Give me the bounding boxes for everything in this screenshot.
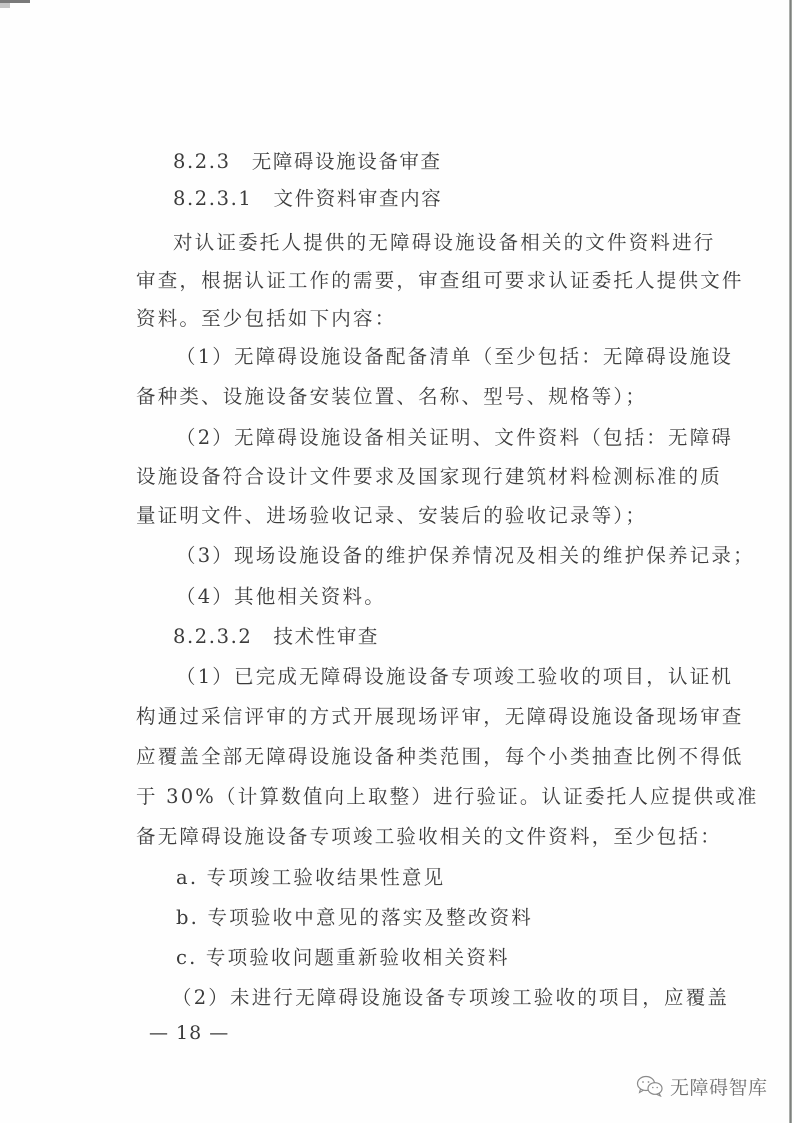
section-heading-8-2-3-2: 8.2.3.2 技术性审查 [173, 625, 379, 649]
list-item-2-line: （2）无障碍设施设备相关证明、文件资料（包括：无障碍 [176, 426, 733, 450]
sub-item-c: c. 专项验收问题重新验收相关资料 [176, 946, 510, 970]
page-number: — 18 — [149, 1021, 229, 1045]
paragraph-line: 资料。至少包括如下内容： [136, 307, 396, 331]
wechat-icon [636, 1075, 664, 1097]
paragraph-line: 于 30%（计算数值向上取整）进行验证。认证委托人应提供或准 [136, 785, 759, 809]
scan-edge-right [789, 0, 792, 1123]
paragraph-line: 对认证委托人提供的无障碍设施设备相关的文件资料进行 [173, 231, 716, 255]
watermark-text: 无障碍智库 [670, 1073, 768, 1100]
list-item-4-line: （4）其他相关资料。 [176, 585, 386, 609]
paragraph-line: （2）未进行无障碍设施设备专项竣工验收的项目，应覆盖 [172, 986, 729, 1010]
paragraph-line: 构通过采信评审的方式开展现场评审，无障碍设施设备现场审查 [136, 705, 744, 729]
scan-corner [0, 3, 10, 8]
list-item-2-line: 量证明文件、进场验收记录、安装后的验收记录等）； [136, 504, 647, 528]
list-item-3-line: （3）现场设施设备的维护保养情况及相关的维护保养记录； [176, 544, 755, 568]
list-item-1-line: （1）无障碍设施设备配备清单（至少包括：无障碍设施设 [176, 345, 733, 369]
section-heading-8-2-3-1: 8.2.3.1 文件资料审查内容 [173, 187, 442, 211]
paragraph-line: 备无障碍设施设备专项竣工验收相关的文件资料，至少包括： [136, 825, 722, 849]
paragraph-line: （1）已完成无障碍设施设备专项竣工验收的项目，认证机 [176, 665, 733, 689]
section-heading-8-2-3: 8.2.3 无障碍设施设备审查 [173, 150, 442, 174]
list-item-2-line: 设施设备符合设计文件要求及国家现行建筑材料检测标准的质 [136, 465, 722, 489]
document-page: 8.2.3 无障碍设施设备审查 8.2.3.1 文件资料审查内容 对认证委托人提… [0, 0, 794, 1123]
watermark: 无障碍智库 [636, 1074, 768, 1098]
paragraph-line: 应覆盖全部无障碍设施设备种类范围，每个小类抽查比例不得低 [136, 745, 744, 769]
sub-item-a: a. 专项竣工验收结果性意见 [176, 866, 445, 890]
sub-item-b: b. 专项验收中意见的落实及整改资料 [176, 906, 533, 930]
list-item-1-line: 备种类、设施设备安装位置、名称、型号、规格等）； [136, 385, 647, 409]
paragraph-line: 审查，根据认证工作的需要，审查组可要求认证委托人提供文件 [136, 269, 744, 293]
